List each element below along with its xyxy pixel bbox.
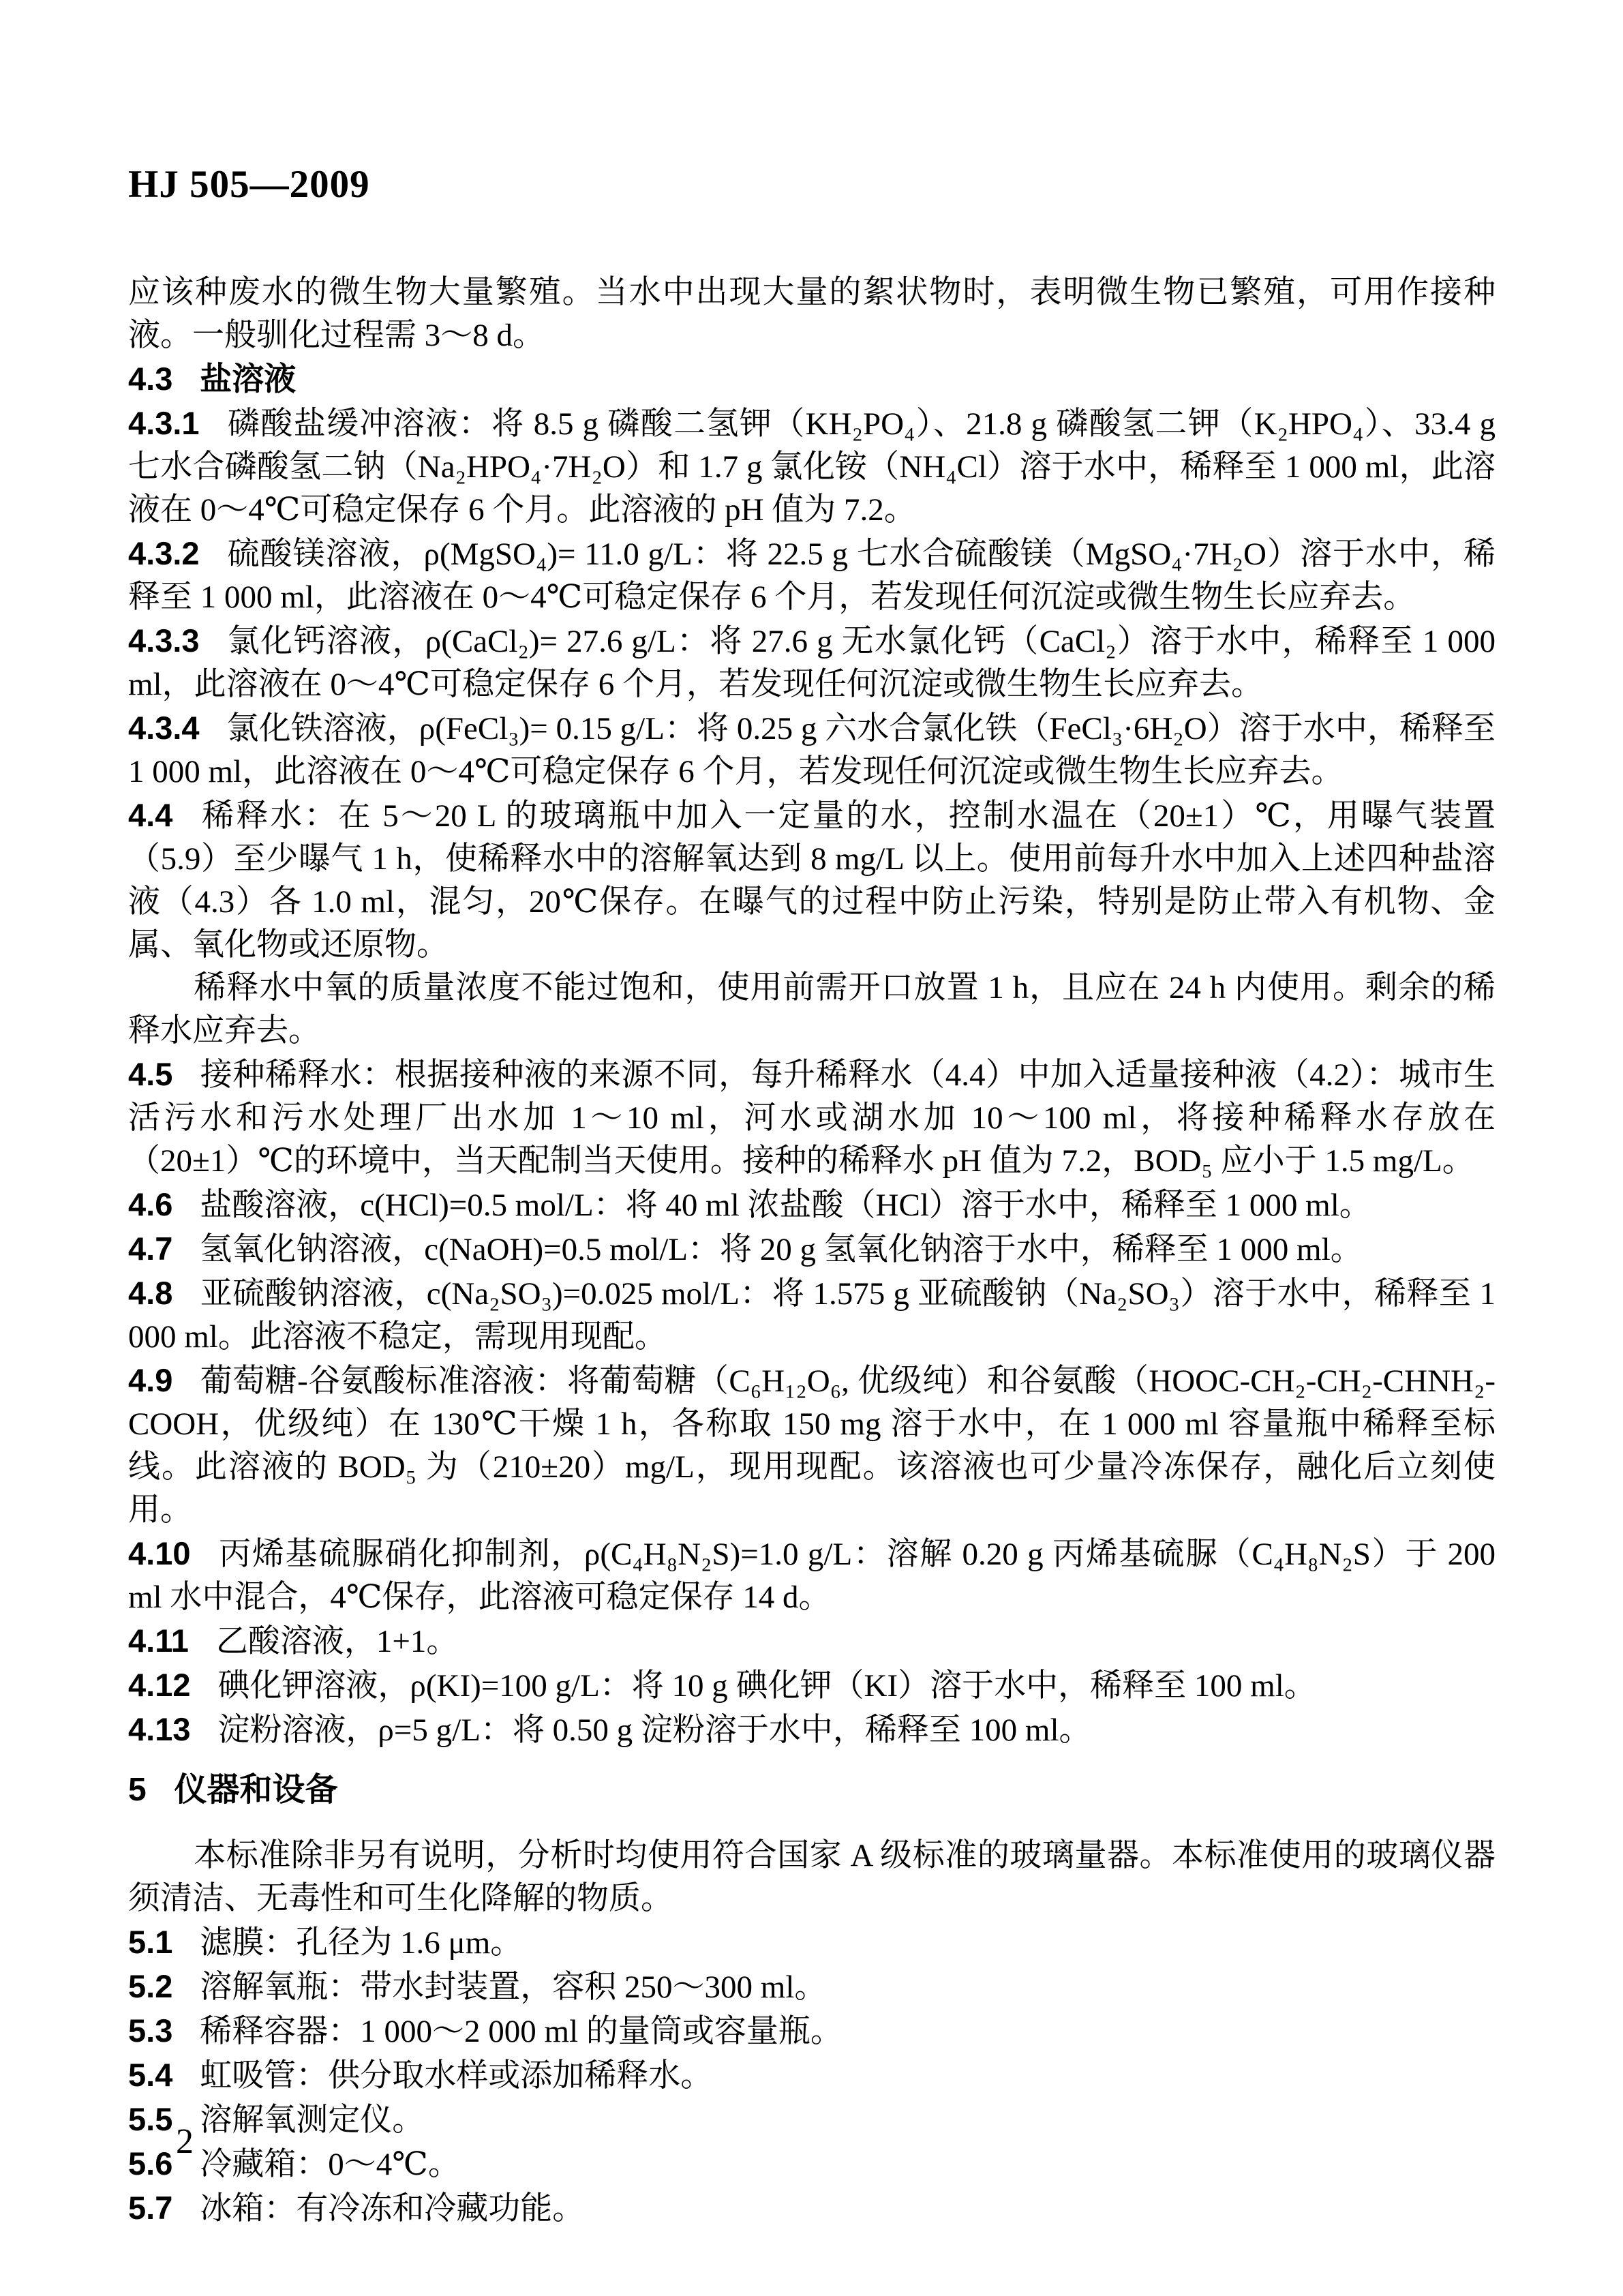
paragraph-text: 接种稀释水：根据接种液的来源不同，每升稀释水（4.4）中加入适量接种液（4.2）… [128, 1057, 1496, 1179]
section-number: 4.7 [128, 1230, 172, 1267]
paragraph: 4.4稀释水：在 5～20 L 的玻璃瓶中加入一定量的水，控制水温在（20±1）… [128, 794, 1496, 967]
paragraph-text: 本标准除非另有说明，分析时均使用符合国家 A 级标准的玻璃量器。本标准使用的玻璃… [128, 1838, 1496, 1916]
section-number: 4.4 [128, 797, 172, 833]
paragraph-text: 氢氧化钠溶液，c(NaOH)=0.5 mol/L：将 20 g 氢氧化钠溶于水中… [200, 1232, 1362, 1267]
paragraph-text: 虹吸管：供分取水样或添加稀释水。 [200, 2058, 712, 2094]
paragraph: 4.3.2硫酸镁溶液，ρ(MgSO₄)= 11.0 g/L：将 22.5 g 七… [128, 532, 1496, 619]
paragraph-text: 氯化铁溶液，ρ(FeCl₃)= 0.15 g/L：将 0.25 g 六水合氯化铁… [128, 711, 1496, 789]
paragraph: 4.12碘化钾溶液，ρ(KI)=100 g/L：将 10 g 碘化钾（KI）溶于… [128, 1663, 1496, 1708]
paragraph-text: 稀释容器：1 000～2 000 ml 的量筒或容量瓶。 [200, 2014, 843, 2049]
paragraph-text: 应该种废水的微生物大量繁殖。当水中出现大量的絮状物时，表明微生物已繁殖，可用作接… [128, 275, 1496, 353]
section-number: 4.6 [128, 1186, 172, 1222]
section-number: 5.1 [128, 1924, 172, 1960]
paragraph-text: 仪器和设备 [175, 1772, 338, 1808]
paragraph-text: 溶解氧测定仪。 [200, 2102, 424, 2138]
paragraph-text: 稀释水中氧的质量浓度不能过饱和，使用前需开口放置 1 h，且应在 24 h 内使… [128, 970, 1496, 1048]
section-number: 5.4 [128, 2057, 172, 2093]
paragraph: 4.7氢氧化钠溶液，c(NaOH)=0.5 mol/L：将 20 g 氢氧化钠溶… [128, 1227, 1496, 1271]
section-number: 4.3.2 [128, 535, 200, 571]
paragraph: 4.3.4氯化铁溶液，ρ(FeCl₃)= 0.15 g/L：将 0.25 g 六… [128, 706, 1496, 794]
page-number: 2 [176, 2121, 194, 2162]
section-number: 5.3 [128, 2012, 172, 2049]
section-number: 5.5 [128, 2101, 172, 2137]
paragraph: 5.1滤膜：孔径为 1.6 μm。 [128, 1920, 1496, 1965]
section-number: 4.3 [128, 361, 172, 397]
paragraph-text: 滤膜：孔径为 1.6 μm。 [200, 1925, 522, 1961]
paragraph: 本标准除非另有说明，分析时均使用符合国家 A 级标准的玻璃量器。本标准使用的玻璃… [128, 1834, 1496, 1920]
section-number: 4.3.4 [128, 710, 200, 746]
paragraph-text: 溶解氧瓶：带水封装置，容积 250～300 ml。 [200, 1969, 826, 2005]
section-number: 4.8 [128, 1275, 172, 1311]
paragraph-text: 葡萄糖-谷氨酸标准溶液：将葡萄糖（C₆H₁₂O₆, 优级纯）和谷氨酸（HOOC-… [128, 1363, 1496, 1528]
section-number: 4.3.3 [128, 622, 200, 659]
section-number: 4.11 [128, 1622, 189, 1659]
paragraph-text: 碘化钾溶液，ρ(KI)=100 g/L：将 10 g 碘化钾（KI）溶于水中，稀… [217, 1668, 1316, 1704]
paragraph-text: 亚硫酸钠溶液，c(Na₂SO₃)=0.025 mol/L：将 1.575 g 亚… [128, 1276, 1496, 1355]
paragraph-text: 淀粉溶液，ρ=5 g/L：将 0.50 g 淀粉溶于水中，稀释至 100 ml。 [217, 1712, 1091, 1748]
paragraph-text: 盐溶液 [200, 361, 296, 397]
section-number: 5.7 [128, 2190, 172, 2226]
paragraph-text: 氯化钙溶液，ρ(CaCl₂)= 27.6 g/L：将 27.6 g 无水氯化钙（… [128, 624, 1496, 702]
paragraph: 5.4虹吸管：供分取水样或添加稀释水。 [128, 2053, 1496, 2098]
document-body: 应该种废水的微生物大量繁殖。当水中出现大量的絮状物时，表明微生物已繁殖，可用作接… [128, 271, 1496, 2231]
paragraph-text: 乙酸溶液，1+1。 [216, 1624, 459, 1659]
document-page: HJ 505—2009 应该种废水的微生物大量繁殖。当水中出现大量的絮状物时，表… [0, 0, 1623, 2296]
paragraph: 4.9葡萄糖-谷氨酸标准溶液：将葡萄糖（C₆H₁₂O₆, 优级纯）和谷氨酸（HO… [128, 1359, 1496, 1532]
section-number: 5.6 [128, 2145, 172, 2181]
section-number: 4.10 [128, 1535, 190, 1571]
paragraph: 稀释水中氧的质量浓度不能过饱和，使用前需开口放置 1 h，且应在 24 h 内使… [128, 967, 1496, 1053]
paragraph: 5.5溶解氧测定仪。 [128, 2098, 1496, 2142]
paragraph: 4.5接种稀释水：根据接种液的来源不同，每升稀释水（4.4）中加入适量接种液（4… [128, 1053, 1496, 1183]
paragraph: 4.3.1磷酸盐缓冲溶液：将 8.5 g 磷酸二氢钾（KH₂PO₄）、21.8 … [128, 402, 1496, 532]
paragraph-text: 冰箱：有冷冻和冷藏功能。 [200, 2191, 584, 2226]
paragraph-text: 稀释水：在 5～20 L 的玻璃瓶中加入一定量的水，控制水温在（20±1）℃，用… [128, 798, 1496, 963]
doc-code: HJ 505—2009 [128, 162, 370, 207]
paragraph: 5.6冷藏箱：0～4℃。 [128, 2142, 1496, 2186]
paragraph-text: 磷酸盐缓冲溶液：将 8.5 g 磷酸二氢钾（KH₂PO₄）、21.8 g 磷酸氢… [128, 406, 1496, 528]
paragraph: 4.8亚硫酸钠溶液，c(Na₂SO₃)=0.025 mol/L：将 1.575 … [128, 1271, 1496, 1359]
section-number: 5 [128, 1772, 147, 1808]
paragraph-text: 丙烯基硫脲硝化抑制剂，ρ(C₄H₈N₂S)=1.0 g/L：溶解 0.20 g … [128, 1537, 1496, 1615]
paragraph-text: 硫酸镁溶液，ρ(MgSO₄)= 11.0 g/L：将 22.5 g 七水合硫酸镁… [128, 537, 1496, 615]
section-number: 5.2 [128, 1968, 172, 2004]
paragraph: 4.6盐酸溶液，c(HCl)=0.5 mol/L：将 40 ml 浓盐酸（HCl… [128, 1183, 1496, 1227]
section-number: 4.5 [128, 1056, 172, 1092]
section-number: 4.12 [128, 1667, 190, 1703]
paragraph: 5.7冰箱：有冷冻和冷藏功能。 [128, 2186, 1496, 2231]
paragraph: 4.13淀粉溶液，ρ=5 g/L：将 0.50 g 淀粉溶于水中，稀释至 100… [128, 1708, 1496, 1752]
paragraph: 4.10丙烯基硫脲硝化抑制剂，ρ(C₄H₈N₂S)=1.0 g/L：溶解 0.2… [128, 1532, 1496, 1619]
section-number: 4.9 [128, 1362, 172, 1398]
section-number: 4.3.1 [128, 405, 200, 441]
paragraph: 5.3稀释容器：1 000～2 000 ml 的量筒或容量瓶。 [128, 2009, 1496, 2053]
paragraph: 4.11乙酸溶液，1+1。 [128, 1619, 1496, 1663]
section-heading: 4.3盐溶液 [128, 357, 1496, 402]
paragraph-text: 冷藏箱：0～4℃。 [200, 2147, 460, 2182]
paragraph: 4.3.3氯化钙溶液，ρ(CaCl₂)= 27.6 g/L：将 27.6 g 无… [128, 619, 1496, 706]
chapter-heading: 5仪器和设备 [128, 1768, 1496, 1811]
paragraph: 5.2溶解氧瓶：带水封装置，容积 250～300 ml。 [128, 1965, 1496, 2009]
section-number: 4.13 [128, 1711, 190, 1747]
paragraph: 应该种废水的微生物大量繁殖。当水中出现大量的絮状物时，表明微生物已繁殖，可用作接… [128, 271, 1496, 357]
paragraph-text: 盐酸溶液，c(HCl)=0.5 mol/L：将 40 ml 浓盐酸（HCl）溶于… [200, 1188, 1371, 1223]
